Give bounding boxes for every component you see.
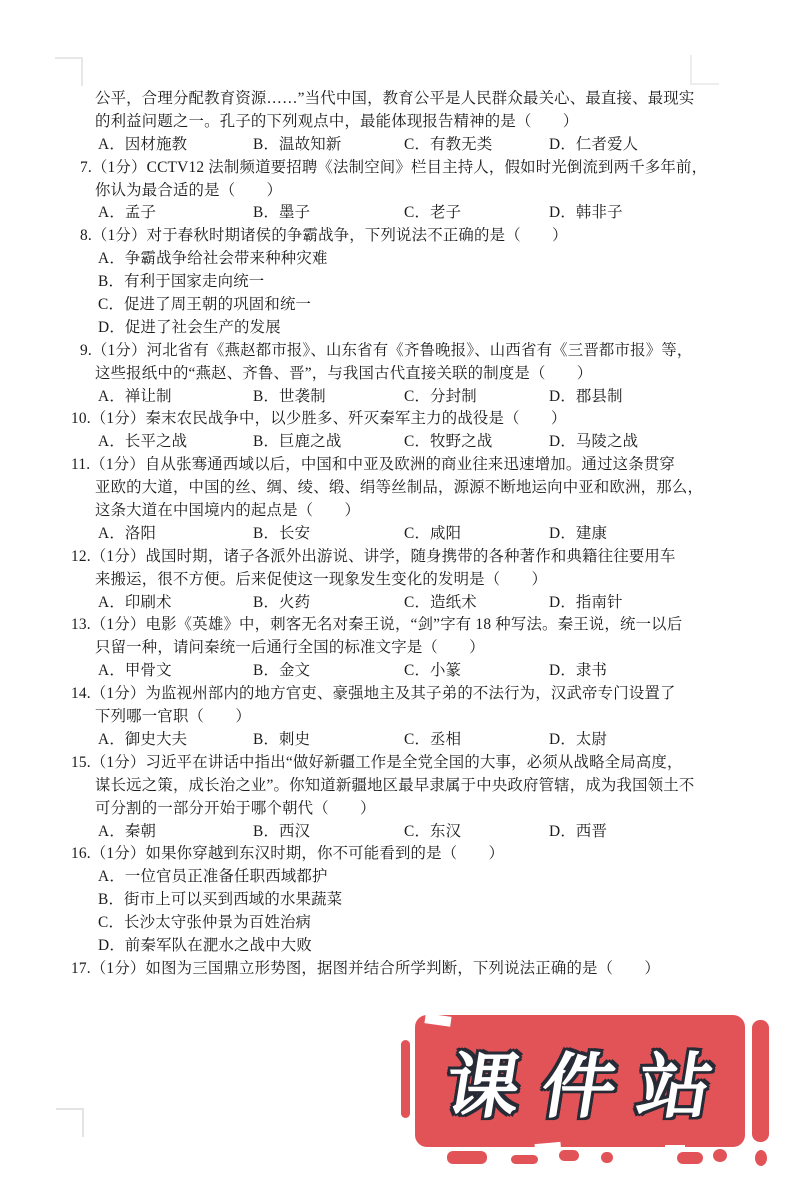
option-item: B．墨子 bbox=[253, 202, 310, 225]
option-item: C．咸阳 bbox=[404, 523, 461, 546]
question-continuation-line: 这些报纸中的“燕赵、齐鲁、晋”，与我国古代直接关联的制度是（ ） bbox=[0, 363, 800, 386]
option-item: C．牧野之战 bbox=[404, 431, 492, 454]
question-continuation-line: 可分割的一部分开始于哪个朝代（ ） bbox=[0, 798, 800, 821]
option-item: B．有利于国家走向统一 bbox=[0, 271, 800, 294]
page-corner-mark-top-right bbox=[690, 55, 719, 85]
question-line: 17.（1分）如图为三国鼎立形势图，据图并结合所学判断，下列说法正确的是（ ） bbox=[0, 958, 800, 981]
option-item: B．温故知新 bbox=[253, 134, 341, 157]
question-continuation-line: 公平，合理分配教育资源……”当代中国，教育公平是人民群众最关心、最直接、最现实 bbox=[0, 88, 800, 111]
option-item: D．仁者爱人 bbox=[549, 134, 638, 157]
question-continuation-line: 下列哪一官职（ ） bbox=[0, 706, 800, 729]
exam-question-text: 公平，合理分配教育资源……”当代中国，教育公平是人民群众最关心、最直接、最现实的… bbox=[0, 88, 800, 981]
question-continuation-line: 你认为最合适的是（ ） bbox=[0, 180, 800, 203]
stamp-border-stroke bbox=[401, 1040, 410, 1118]
stamp-border-dash bbox=[559, 1150, 579, 1161]
stamp-body: 课件站 bbox=[415, 1015, 745, 1147]
option-item: C．长沙太守张仲景为百姓治病 bbox=[0, 912, 800, 935]
question-continuation-line: 亚欧的大道，中国的丝、绸、绫、缎、绢等丝制品，源源不断地运向中亚和欧洲，那么， bbox=[0, 477, 800, 500]
option-item: A．甲骨文 bbox=[98, 660, 172, 683]
question-line: 9.（1分）河北省有《燕赵都市报》、山东省有《齐鲁晚报》、山西省有《三晋都市报》… bbox=[0, 340, 800, 363]
option-item: B．西汉 bbox=[253, 821, 310, 844]
stamp-border-dash bbox=[677, 1152, 703, 1164]
page-corner-mark-bottom-left bbox=[56, 1108, 84, 1137]
stamp-border-dash bbox=[447, 1151, 487, 1164]
question-line: 15.（1分）习近平在讲话中指出“做好新疆工作是全党全国的大事，必须从战略全局高… bbox=[0, 752, 800, 775]
option-row: A．印刷术B．火药C．造纸术D．指南针 bbox=[0, 592, 800, 615]
option-item: C．丞相 bbox=[404, 729, 461, 752]
option-item: A．洛阳 bbox=[98, 523, 156, 546]
stamp-border-stroke bbox=[752, 1020, 769, 1142]
question-line: 7.（1分）CCTV12 法制频道要招聘《法制空间》栏目主持人，假如时光倒流到两… bbox=[0, 157, 800, 180]
option-item: C．东汉 bbox=[404, 821, 461, 844]
option-row: A．长平之战B．巨鹿之战C．牧野之战D．马陵之战 bbox=[0, 431, 800, 454]
option-row: A．秦朝B．西汉C．东汉D．西晋 bbox=[0, 821, 800, 844]
option-item: D．马陵之战 bbox=[549, 431, 638, 454]
option-item: B．金文 bbox=[253, 660, 310, 683]
question-continuation-line: 的利益问题之一。孔子的下列观点中，最能体现报告精神的是（ ） bbox=[0, 111, 800, 134]
page-corner-mark-top-left bbox=[55, 57, 83, 86]
option-item: D．前秦军队在淝水之战中大败 bbox=[0, 935, 800, 958]
option-item: A．禅让制 bbox=[98, 386, 172, 409]
option-item: A．一位官员正准备任职西域都护 bbox=[0, 866, 800, 889]
option-row: A．孟子B．墨子C．老子D．韩非子 bbox=[0, 202, 800, 225]
option-item: D．隶书 bbox=[549, 660, 607, 683]
question-line: 11.（1分）自从张骞通西域以后，中国和中亚及欧洲的商业往来迅速增加。通过这条贯… bbox=[0, 454, 800, 477]
option-item: A．争霸战争给社会带来种种灾难 bbox=[0, 248, 800, 271]
stamp-border-stroke bbox=[755, 1150, 767, 1166]
option-item: A．印刷术 bbox=[98, 592, 172, 615]
question-line: 13.（1分）电影《英雄》中，刺客无名对秦王说，“剑”字有 18 种写法。秦王说… bbox=[0, 614, 800, 637]
stamp-border-dash bbox=[601, 1152, 613, 1163]
option-item: C．有教无类 bbox=[404, 134, 492, 157]
option-row: A．因材施教B．温故知新C．有教无类D．仁者爱人 bbox=[0, 134, 800, 157]
option-row: A．甲骨文B．金文C．小篆D．隶书 bbox=[0, 660, 800, 683]
option-item: D．郡县制 bbox=[549, 386, 623, 409]
option-row: A．禅让制B．世袭制C．分封制D．郡县制 bbox=[0, 386, 800, 409]
option-item: D．西晋 bbox=[549, 821, 607, 844]
option-item: D．指南针 bbox=[549, 592, 623, 615]
option-item: B．刺史 bbox=[253, 729, 310, 752]
option-item: C．促进了周王朝的巩固和统一 bbox=[0, 294, 800, 317]
option-item: B．火药 bbox=[253, 592, 310, 615]
question-line: 16.（1分）如果你穿越到东汉时期，你不可能看到的是（ ） bbox=[0, 843, 800, 866]
option-item: A．因材施教 bbox=[98, 134, 187, 157]
watermark-stamp: 课件站 bbox=[401, 1010, 793, 1175]
option-item: A．孟子 bbox=[98, 202, 156, 225]
option-item: C．造纸术 bbox=[404, 592, 477, 615]
option-item: C．分封制 bbox=[404, 386, 477, 409]
question-continuation-line: 谋长远之策，成长治之业”。你知道新疆地区最早隶属于中央政府管辖，成为我国领土不 bbox=[0, 775, 800, 798]
question-line: 10.（1分）秦末农民战争中，以少胜多、歼灭秦军主力的战役是（ ） bbox=[0, 408, 800, 431]
option-item: A．秦朝 bbox=[98, 821, 156, 844]
option-item: B．街市上可以买到西域的水果蔬菜 bbox=[0, 889, 800, 912]
option-item: A．长平之战 bbox=[98, 431, 187, 454]
stamp-border-dash bbox=[713, 1149, 727, 1162]
stamp-border-dash bbox=[511, 1155, 538, 1164]
stamp-edge-nick bbox=[535, 1142, 562, 1156]
option-item: B．世袭制 bbox=[253, 386, 326, 409]
stamp-edge-nick bbox=[424, 1013, 451, 1027]
stamp-text: 课件站 bbox=[417, 1030, 743, 1132]
option-item: B．长安 bbox=[253, 523, 310, 546]
option-item: D．太尉 bbox=[549, 729, 607, 752]
question-line: 12.（1分）战国时期，诸子各派外出游说、讲学，随身携带的各种著作和典籍往往要用… bbox=[0, 546, 800, 569]
option-item: C．老子 bbox=[404, 202, 461, 225]
option-item: A．御史大夫 bbox=[98, 729, 187, 752]
option-item: D．韩非子 bbox=[549, 202, 623, 225]
question-line: 8.（1分）对于春秋时期诸侯的争霸战争，下列说法不正确的是（ ） bbox=[0, 225, 800, 248]
option-row: A．御史大夫B．刺史C．丞相D．太尉 bbox=[0, 729, 800, 752]
question-continuation-line: 只留一种，请问秦统一后通行全国的标准文字是（ ） bbox=[0, 637, 800, 660]
option-item: C．小篆 bbox=[404, 660, 461, 683]
question-continuation-line: 来搬运，很不方便。后来促使这一现象发生变化的发明是（ ） bbox=[0, 569, 800, 592]
question-continuation-line: 这条大道在中国境内的起点是（ ） bbox=[0, 500, 800, 523]
option-row: A．洛阳B．长安C．咸阳D．建康 bbox=[0, 523, 800, 546]
question-line: 14.（1分）为监视州部内的地方官吏、豪强地主及其子弟的不法行为，汉武帝专门设置… bbox=[0, 683, 800, 706]
option-item: D．建康 bbox=[549, 523, 607, 546]
option-item: D．促进了社会生产的发展 bbox=[0, 317, 800, 340]
option-item: B．巨鹿之战 bbox=[253, 431, 341, 454]
